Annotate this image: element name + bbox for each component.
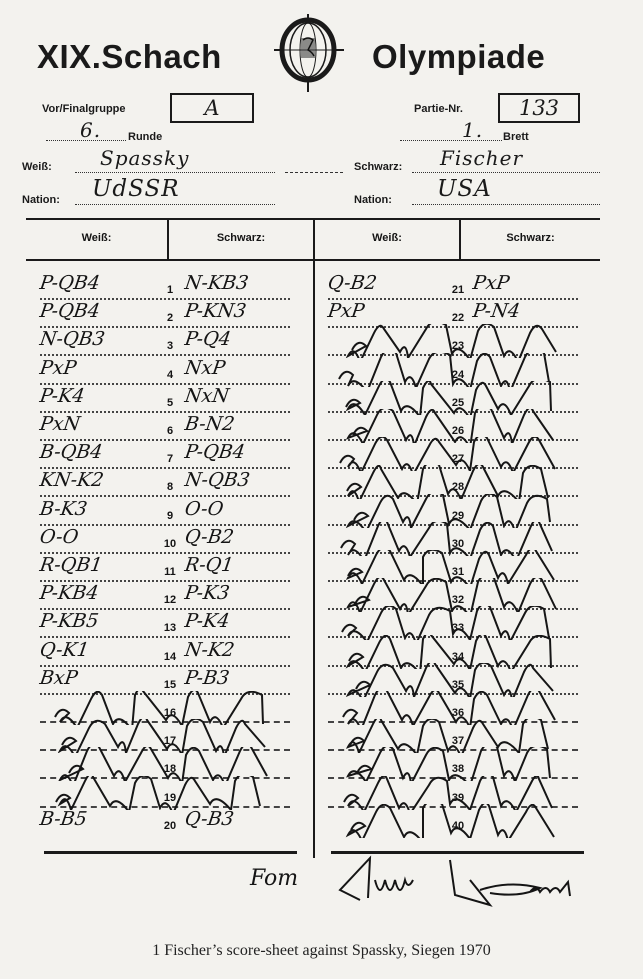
black-move: O-O <box>183 498 224 520</box>
white-move: KN-K2 <box>38 469 105 491</box>
col-head-black-1: Schwarz: <box>169 232 313 244</box>
white-move: PxN <box>38 413 81 435</box>
group-label: Vor/Finalgruppe <box>42 103 126 115</box>
black-move: NxN <box>183 385 230 407</box>
black-move: P-N4 <box>471 300 521 322</box>
black-move: P-K3 <box>183 582 231 604</box>
black-nation-label: Nation: <box>354 194 392 206</box>
black-move: N-KB3 <box>183 272 249 294</box>
white-move: P-KB4 <box>38 582 100 604</box>
black-move: P-B3 <box>183 667 230 689</box>
move-number: 11 <box>160 566 180 578</box>
move-number: 10 <box>160 538 180 550</box>
black-move: N-QB3 <box>183 469 251 491</box>
game-no-label: Partie-Nr. <box>414 103 463 115</box>
white-move: BxP <box>38 667 79 689</box>
white-move: P-K4 <box>38 385 86 407</box>
black-label: Schwarz: <box>354 161 402 173</box>
move-number: 5 <box>160 397 180 409</box>
white-player: Spassky <box>100 146 189 170</box>
board-line <box>400 140 502 141</box>
white-nation: UdSSR <box>92 176 180 202</box>
col-head-white-1: Weiß: <box>26 232 167 244</box>
group-box: A <box>170 93 254 123</box>
white-move: P-QB4 <box>38 300 101 322</box>
black-line <box>412 172 600 173</box>
white-move: Q-K1 <box>38 639 90 661</box>
black-move: R-Q1 <box>183 554 234 576</box>
black-nation-line <box>412 204 600 205</box>
black-nation: USA <box>437 176 492 202</box>
board-value: 1. <box>462 118 483 142</box>
black-move: NxP <box>183 357 226 379</box>
black-move: P-K4 <box>183 610 231 632</box>
illegible-scrawl <box>328 804 578 838</box>
white-move: B-B5 <box>38 808 88 830</box>
signatures-players <box>330 850 600 910</box>
white-line-ext <box>285 172 343 173</box>
black-move: N-K2 <box>183 639 235 661</box>
white-move: P-QB4 <box>38 272 101 294</box>
signature-arbiter: Fom <box>250 866 298 891</box>
move-number: 1 <box>160 284 180 296</box>
round-label: Runde <box>128 131 162 143</box>
black-move: Q-B3 <box>183 808 235 830</box>
move-number: 12 <box>160 594 180 606</box>
score-sheet: XIX.Schach Olympiade Vor/Finalgruppe A P… <box>0 0 643 979</box>
black-move: P-QB4 <box>183 441 246 463</box>
move-number: 14 <box>160 651 180 663</box>
black-player: Fischer <box>440 146 523 170</box>
white-move: PxP <box>326 300 365 322</box>
black-move: P-KN3 <box>183 300 247 322</box>
game-no-box: 133 <box>498 93 580 123</box>
white-move: N-QB3 <box>38 328 106 350</box>
round-value: 6. <box>80 118 101 142</box>
move-number: 15 <box>160 679 180 691</box>
title-left: XIX.Schach <box>37 38 222 76</box>
white-move: R-QB1 <box>38 554 103 576</box>
move-number: 21 <box>448 284 468 296</box>
col-head-white-2: Weiß: <box>315 232 459 244</box>
white-move: PxP <box>38 357 77 379</box>
move-number: 13 <box>160 622 180 634</box>
move-number: 7 <box>160 453 180 465</box>
white-nation-line <box>75 204 275 205</box>
board-label: Brett <box>503 131 529 143</box>
move-number: 2 <box>160 312 180 324</box>
white-move: B-QB4 <box>38 441 103 463</box>
white-move: P-KB5 <box>38 610 100 632</box>
white-line <box>75 172 275 173</box>
white-label: Weiß: <box>22 161 52 173</box>
move-number: 3 <box>160 340 180 352</box>
white-move: O-O <box>38 526 79 548</box>
black-move: Q-B2 <box>183 526 235 548</box>
move-number: 9 <box>160 510 180 522</box>
col-head-black-2: Schwarz: <box>461 232 600 244</box>
title-right: Olympiade <box>372 38 545 76</box>
white-move: B-K3 <box>38 498 88 520</box>
white-nation-label: Nation: <box>22 194 60 206</box>
figure-caption: 1 Fischer’s score-sheet against Spassky,… <box>0 942 643 960</box>
table-bottom-rule-left <box>44 851 297 854</box>
black-move: B-N2 <box>183 413 236 435</box>
olympiad-emblem-icon <box>266 10 350 94</box>
move-number: 4 <box>160 369 180 381</box>
move-number: 20 <box>160 820 180 832</box>
white-move: Q-B2 <box>326 272 378 294</box>
black-move: PxP <box>471 272 510 294</box>
col-divider-center <box>313 218 315 858</box>
black-move: P-Q4 <box>183 328 232 350</box>
move-number: 22 <box>448 312 468 324</box>
move-number: 6 <box>160 425 180 437</box>
move-number: 8 <box>160 481 180 493</box>
illegible-scrawl <box>40 776 290 810</box>
